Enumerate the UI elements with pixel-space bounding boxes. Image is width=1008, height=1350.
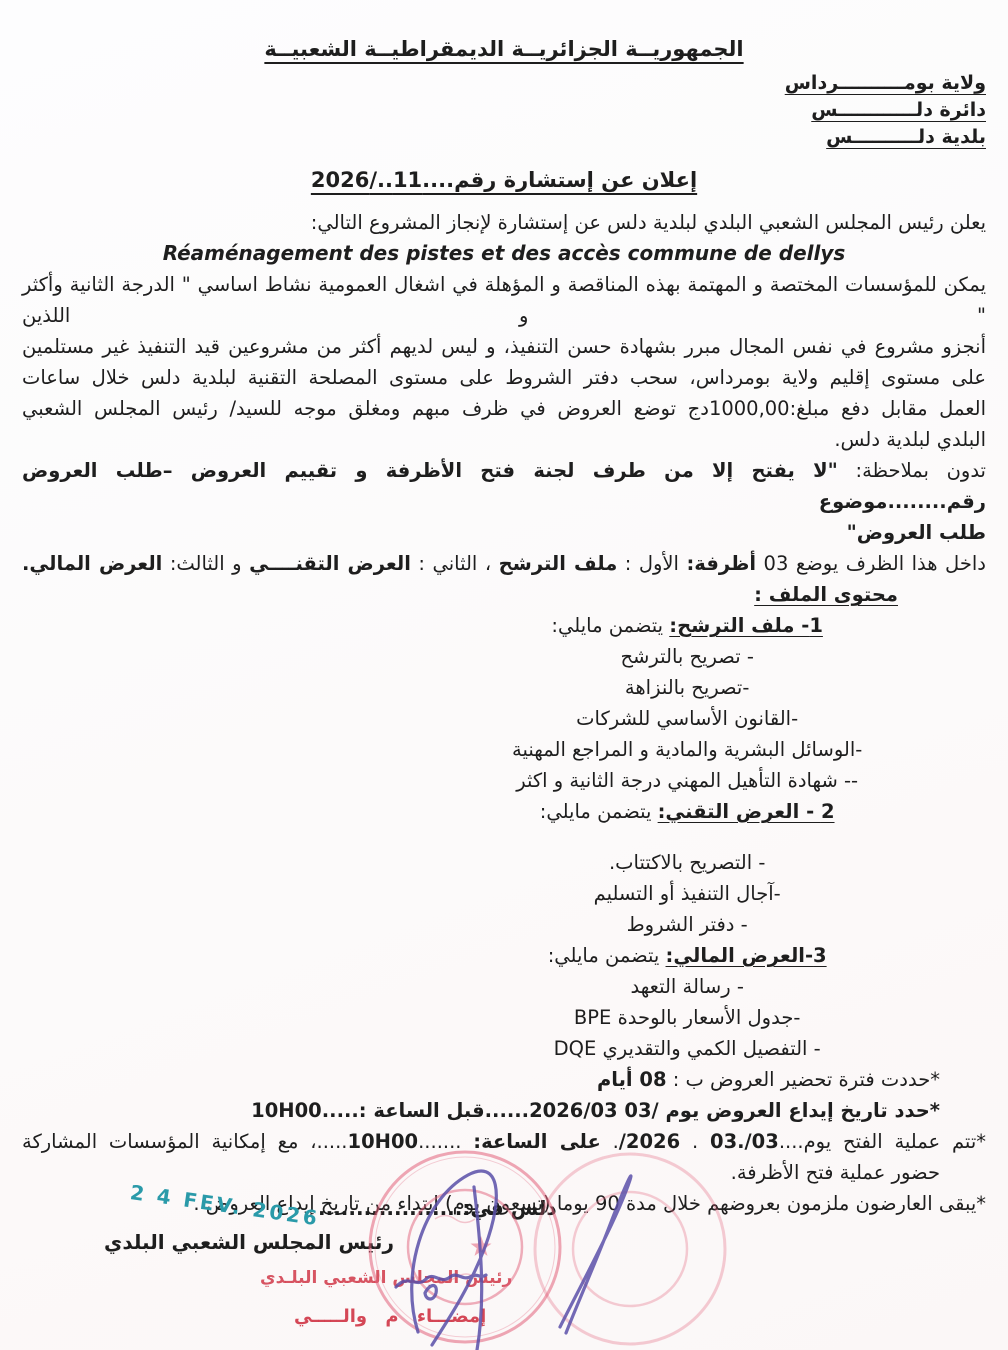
text-run: الأول : [617, 552, 686, 575]
text-run: Réaménagement des pistes et des accès co… [163, 241, 846, 265]
document-line: - تصريح بالترشح [388, 641, 986, 672]
commune-line: بلدية دلــــــــــس [22, 124, 986, 151]
text-run: - تصريح بالترشح [620, 645, 753, 668]
text-run: 2026/03 [529, 1099, 618, 1122]
document-line: تدون بملاحظة: "لا يفتح إلا من طرف لجنة ف… [22, 455, 986, 517]
document-line: *حدد تاريخ إيداع العروض يوم 03/ 2026/03.… [22, 1095, 986, 1126]
document-line: العمل مقابل دفع مبلغ:1000,00دج توضع العر… [22, 393, 986, 424]
text-run: -- شهادة التأهيل المهني درجة الثانية و ا… [516, 769, 858, 792]
issuing-authority-block: ولاية بومــــــــــرداس دائرة دلــــــــ… [22, 70, 986, 151]
text-run: يتضمن مايلي: [540, 800, 658, 823]
document-line: - التفصيل الكمي والتقديري DQE [388, 1033, 986, 1064]
document-line: *تتم عملية الفتح يوم....03./03 . /2026. … [22, 1126, 986, 1157]
text-run: . [680, 1130, 710, 1153]
document-line: داخل هذا الظرف يوضع 03 أظرفة: الأول : مل… [22, 548, 986, 579]
text-run: -تصريح بالنزاهة [625, 676, 749, 699]
text-run: 2 - العرض التقني: [658, 800, 835, 823]
document-line: محتوى الملف : [22, 579, 986, 610]
text-run: BPE [574, 1006, 611, 1029]
text-run: حضور عملية فتح الأظرفة. [731, 1161, 940, 1184]
document-line: طلب العروض" [22, 517, 986, 548]
stamp-red-signature-line: إمضـــاء م والـــــي [294, 1306, 486, 1327]
text-run: العرض التقنــــي [249, 552, 411, 575]
text-run: - رسالة التعهد [630, 975, 743, 998]
text-run: -الوسائل البشرية والمادية و المراجع المه… [512, 738, 862, 761]
text-run: 3-العرض المالي: [666, 944, 827, 967]
text-run: و الثالث: [162, 552, 249, 575]
text-run: قبل الساعة : [359, 1099, 485, 1122]
text-run: يتضمن مايلي: [551, 614, 669, 637]
scanned-document: الجمهوريــة الجزائريــة الديمقراطيــة ال… [0, 0, 1008, 1350]
text-run: - دفتر الشروط [627, 913, 748, 936]
document-line: -تصريح بالنزاهة [388, 672, 986, 703]
document-line: *حددت فترة تحضير العروض ب : 08 أيام [22, 1064, 986, 1095]
document-line: على مستوى إقليم ولاية بومرداس، سحب دفتر … [22, 362, 986, 393]
text-run: 03/ [624, 1099, 658, 1122]
document-line: - دفتر الشروط [388, 909, 986, 940]
text-run: ملف الترشح [499, 552, 618, 575]
text-run: العمل مقابل دفع مبلغ:1000,00دج توضع العر… [22, 397, 986, 420]
wilaya-line: ولاية بومــــــــــرداس [22, 70, 986, 97]
text-run: البلدي لبلدية دلس. [834, 428, 986, 451]
text-run: أظرفة: [686, 552, 756, 575]
text-run: ..... [317, 1130, 348, 1153]
text-run: ...... [485, 1099, 529, 1122]
document-line: 1- ملف الترشح: يتضمن مايلي: [388, 610, 986, 641]
document-line: البلدي لبلدية دلس. [22, 424, 986, 455]
place-and-date-line: دلس في:................... [318, 1196, 557, 1220]
document-line [22, 827, 986, 847]
text-run: أنجزو مشروع في نفس المجال مبرر بشهادة حس… [22, 335, 986, 358]
document-content: الجمهوريــة الجزائريــة الديمقراطيــة ال… [0, 34, 1008, 1219]
text-run: DQE [554, 1037, 597, 1060]
text-run: ....... [418, 1130, 473, 1153]
republic-title: الجمهوريــة الجزائريــة الديمقراطيــة ال… [22, 34, 986, 64]
text-run: يتضمن مايلي: [548, 944, 666, 967]
text-run: ، مع إمكانية المؤسسات المشاركة [22, 1130, 317, 1153]
text-run: *تتم عملية الفتح يوم [804, 1130, 986, 1153]
document-line: يمكن للمؤسسات المختصة و المهتمة بهذه الم… [22, 269, 986, 331]
text-run: -القانون الأساسي للشركات [576, 707, 798, 730]
document-line: -- شهادة التأهيل المهني درجة الثانية و ا… [388, 765, 986, 796]
document-line: -القانون الأساسي للشركات [388, 703, 986, 734]
document-line: يعلن رئيس المجلس الشعبي البلدي لبلدية دل… [22, 207, 986, 238]
text-run: 10H00 [348, 1130, 419, 1153]
stamp-red-title: رئيس المجلس الشعبي البلـدي [260, 1268, 512, 1288]
text-run: يمكن للمؤسسات المختصة و المهتمة بهذه الم… [22, 273, 986, 327]
document-line: حضور عملية فتح الأظرفة. [22, 1157, 986, 1188]
signatory-title: رئيس المجلس الشعبي البلدي [104, 1230, 394, 1254]
document-line: 2 - العرض التقني: يتضمن مايلي: [388, 796, 986, 827]
text-run: /2026 [619, 1130, 680, 1153]
text-run: ، الثاني : [411, 552, 499, 575]
text-run: -آجال التنفيذ أو التسليم [594, 882, 781, 905]
text-run: يعلن رئيس المجلس الشعبي البلدي لبلدية دل… [311, 211, 986, 234]
announcement-title: إعلان عن إستشارة رقم....11../2026 [22, 165, 986, 195]
announcement-body: يعلن رئيس المجلس الشعبي البلدي لبلدية دل… [22, 207, 986, 1219]
text-run: .... [779, 1130, 804, 1153]
text-run: . [601, 1130, 619, 1153]
text-run: محتوى الملف : [754, 583, 898, 606]
document-line: - رسالة التعهد [388, 971, 986, 1002]
text-run: 03./03 [710, 1130, 779, 1153]
text-run: طلب العروض" [847, 521, 986, 544]
text-run: 10H00 [251, 1099, 322, 1122]
text-run: داخل هذا الظرف يوضع 03 [756, 552, 986, 575]
text-run: *حدد تاريخ إيداع العروض يوم [659, 1099, 940, 1122]
text-run: *حددت فترة تحضير العروض ب : [667, 1068, 940, 1091]
text-run: العرض المالي. [22, 552, 162, 575]
document-line: - التصريح بالاكتتاب. [388, 847, 986, 878]
document-line: -جدول الأسعار بالوحدة BPE [388, 1002, 986, 1033]
document-line: Réaménagement des pistes et des accès co… [22, 238, 986, 269]
text-run: على الساعة: [473, 1130, 601, 1153]
document-line: -الوسائل البشرية والمادية و المراجع المه… [388, 734, 986, 765]
text-run: ..... [322, 1099, 359, 1122]
document-line: أنجزو مشروع في نفس المجال مبرر بشهادة حس… [22, 331, 986, 362]
text-run: - التفصيل الكمي والتقديري [596, 1037, 820, 1060]
star-icon [471, 1236, 492, 1256]
daira-line: دائرة دلــــــــــــس [22, 97, 986, 124]
text-run: على مستوى إقليم ولاية بومرداس، سحب دفتر … [22, 366, 986, 389]
text-run: 1- ملف الترشح: [669, 614, 823, 637]
text-run: تدون بملاحظة: [838, 459, 986, 482]
text-run: 08 أيام [597, 1068, 667, 1091]
document-line: 3-العرض المالي: يتضمن مايلي: [388, 940, 986, 971]
document-line: -آجال التنفيذ أو التسليم [388, 878, 986, 909]
text-run: - التصريح بالاكتتاب. [609, 851, 765, 874]
text-run: -جدول الأسعار بالوحدة [611, 1006, 800, 1029]
